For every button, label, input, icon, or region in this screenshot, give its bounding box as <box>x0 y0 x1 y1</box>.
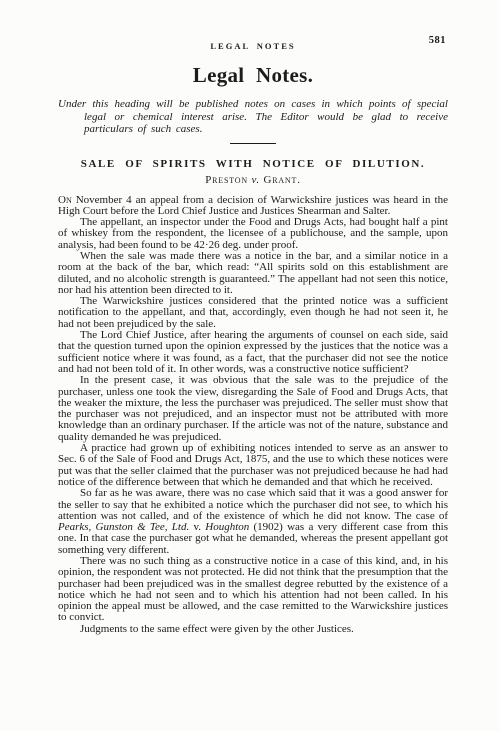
paragraph-6: In the present case, it was obvious that… <box>58 375 448 443</box>
paragraph-9: There was no such thing as a constructiv… <box>58 556 448 624</box>
section-divider <box>230 143 276 144</box>
case-citation-houghton: Houghton <box>205 521 249 533</box>
case-title: Preston v. Grant. <box>58 174 448 186</box>
paragraph-3: When the sale was made there was a notic… <box>58 251 448 296</box>
paragraph-5: The Lord Chief Justice, after hearing th… <box>58 330 448 375</box>
paragraph-8-versus: v. <box>189 521 205 533</box>
case-plaintiff: Preston <box>205 174 248 186</box>
paragraph-4: The Warwickshire justices considered tha… <box>58 296 448 330</box>
article-body: On November 4 an appeal from a decision … <box>58 195 448 636</box>
paragraph-1-text: November 4 an appeal from a decision of … <box>58 194 448 217</box>
paragraph-1: On November 4 an appeal from a decision … <box>58 195 448 218</box>
journal-page: LEGAL NOTES 581 Legal Notes. Under this … <box>0 0 500 731</box>
epigraph: Under this heading will be published not… <box>58 98 448 136</box>
paragraph-1-lead: On <box>58 194 72 206</box>
paragraph-7: A practice had grown up of exhibiting no… <box>58 443 448 488</box>
paragraph-8-text: So far as he was aware, there was no cas… <box>58 487 448 522</box>
paragraph-8: So far as he was aware, there was no cas… <box>58 488 448 556</box>
paragraph-10: Judgments to the same effect were given … <box>58 624 448 635</box>
case-defendant: Grant. <box>263 174 300 186</box>
case-citation-pearks: Pearks, Gunston & Tee, Ltd. <box>58 521 189 533</box>
running-header: LEGAL NOTES 581 <box>58 36 448 48</box>
case-versus: v. <box>251 174 259 186</box>
page-number: 581 <box>429 35 446 46</box>
page-title: Legal Notes. <box>58 63 448 88</box>
article-heading: SALE OF SPIRITS WITH NOTICE OF DILUTION. <box>58 158 448 170</box>
paragraph-2: The appellant, an inspector under the Fo… <box>58 217 448 251</box>
running-header-title: LEGAL NOTES <box>210 41 295 51</box>
